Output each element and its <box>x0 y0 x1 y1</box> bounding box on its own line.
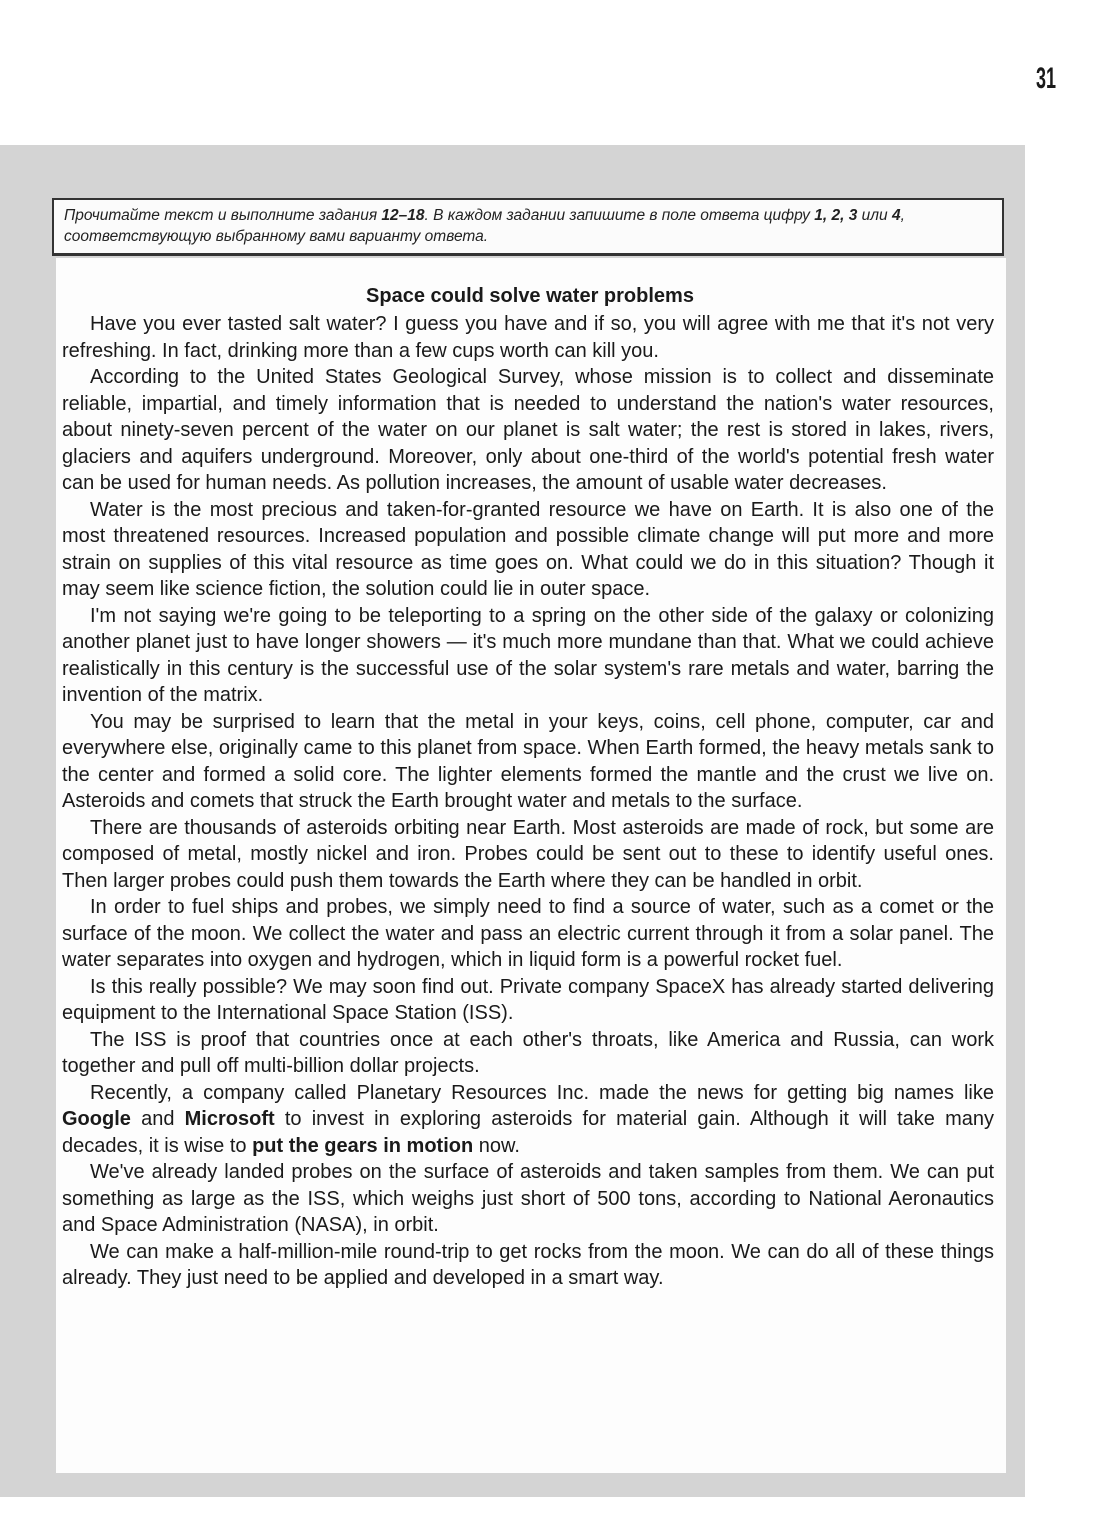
paragraph: Is this really possible? We may soon fin… <box>62 974 994 1027</box>
instruction-text: Прочитайте текст и выполните задания <box>64 207 381 224</box>
paragraph: Have you ever tasted salt water? I guess… <box>62 311 994 364</box>
page-number: 31 <box>1036 62 1056 96</box>
instruction-text: или <box>857 207 892 224</box>
text: now. <box>473 1135 520 1157</box>
paragraph: Recently, a company called Planetary Res… <box>62 1080 994 1160</box>
paragraph: There are thousands of asteroids orbitin… <box>62 815 994 895</box>
text: and <box>131 1108 185 1130</box>
paragraph: In order to fuel ships and probes, we si… <box>62 894 994 974</box>
article-body: Have you ever tasted salt water? I guess… <box>62 311 994 1292</box>
text: Recently, a company called Planetary Res… <box>90 1082 994 1104</box>
instruction-text: . В каждом задании запишите в поле ответ… <box>425 207 815 224</box>
paragraph: The ISS is proof that countries once at … <box>62 1027 994 1080</box>
paragraph: We've already landed probes on the surfa… <box>62 1159 994 1239</box>
bold-google: Google <box>62 1108 131 1130</box>
paragraph: Water is the most precious and taken-for… <box>62 497 994 603</box>
paragraph: I'm not saying we're going to be telepor… <box>62 603 994 709</box>
instruction-box: Прочитайте текст и выполните задания 12–… <box>52 198 1004 256</box>
paragraph: We can make a half-million-mile round-tr… <box>62 1239 994 1292</box>
article-title: Space could solve water problems <box>0 285 1060 308</box>
task-range: 12–18 <box>381 207 424 224</box>
answer-option: 4 <box>892 207 901 224</box>
paragraph: According to the United States Geologica… <box>62 364 994 497</box>
answer-options: 1, 2, 3 <box>814 207 857 224</box>
bold-microsoft: Microsoft <box>185 1108 275 1130</box>
paragraph: You may be surprised to learn that the m… <box>62 709 994 815</box>
bold-phrase: put the gears in motion <box>252 1135 473 1157</box>
